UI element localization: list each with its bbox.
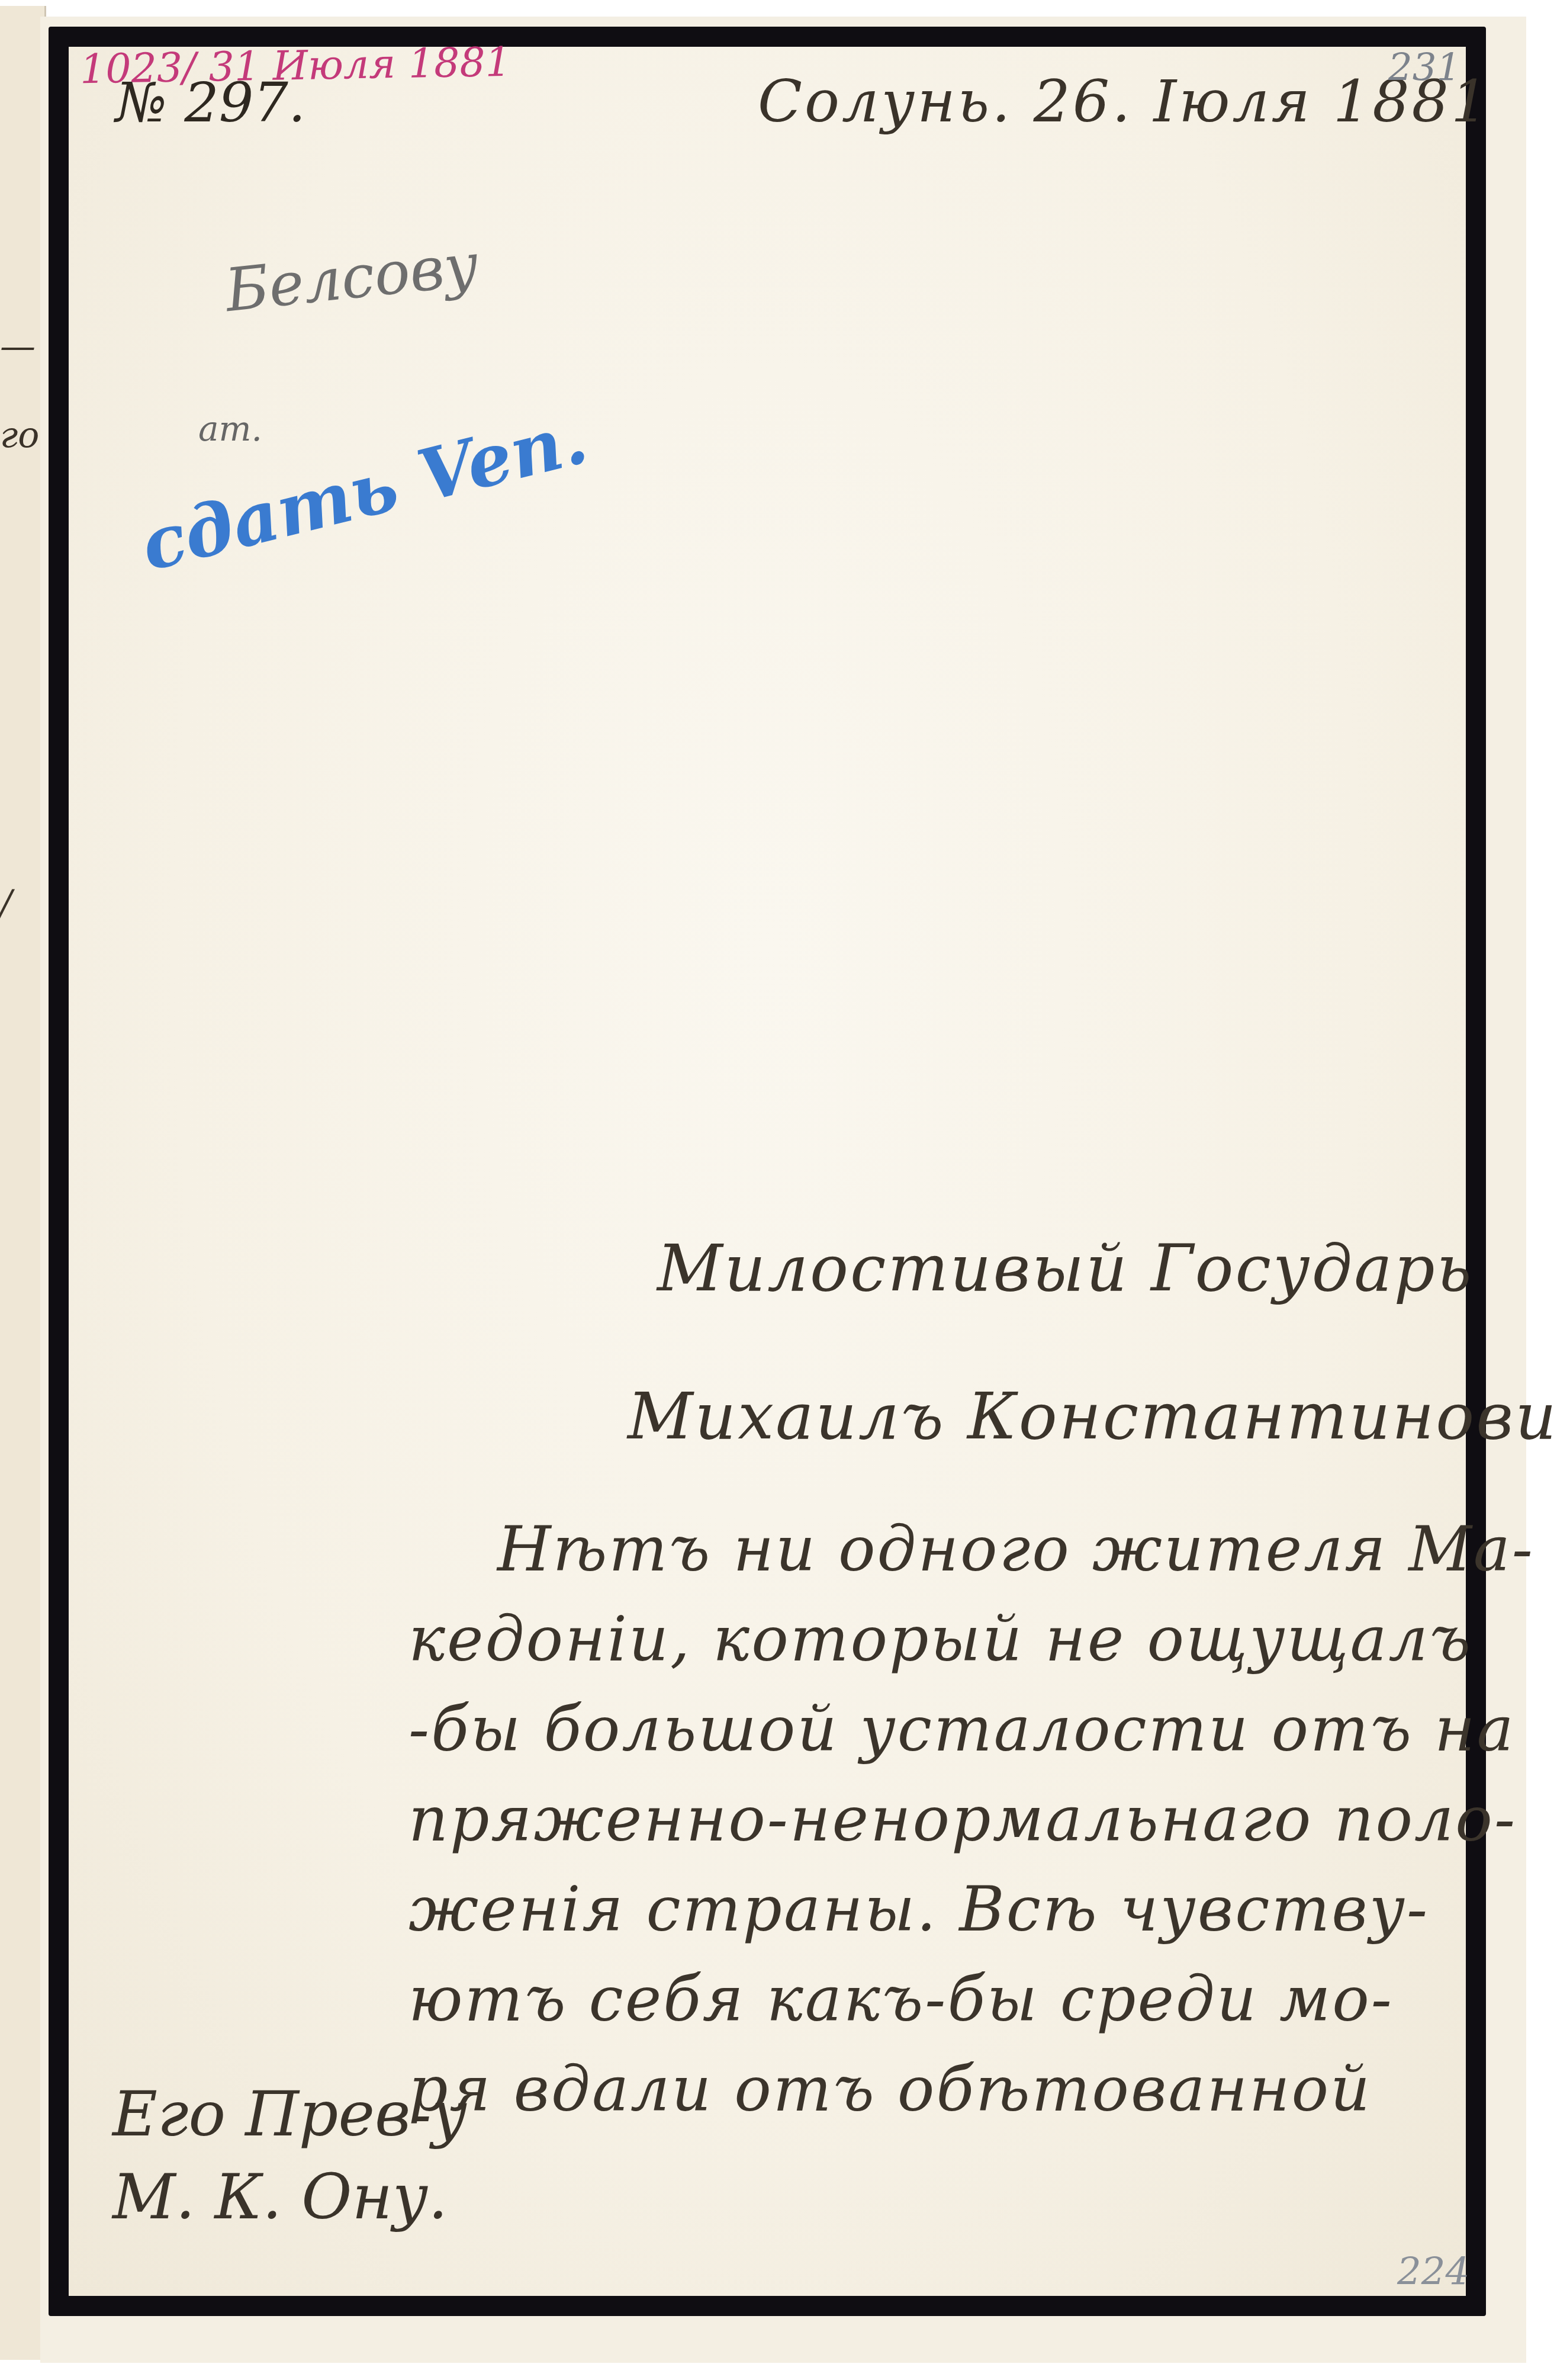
addressee-line-2: М. К. Ону.	[112, 2156, 467, 2238]
addressee-line-1: Его Прев-у	[112, 2073, 467, 2156]
body-line: кедоніи, который не ощущалъ	[408, 1594, 1510, 1684]
body-line: -бы большой усталости отъ на	[408, 1684, 1510, 1774]
body-line: пряженно-ненормальнаго поло-	[408, 1774, 1510, 1864]
margin-mark: /	[0, 882, 12, 924]
salutation-line-2: Михаилъ Константиновичъ,	[628, 1380, 1557, 1454]
salutation-line-1: Милостивый Государь	[657, 1232, 1474, 1306]
letter-body: Нѣтъ ни одного жителя Ма- кедоніи, котор…	[408, 1504, 1510, 2134]
margin-mark: —	[0, 326, 36, 367]
margin-mark: го	[0, 415, 39, 456]
body-line: ютъ себя какъ-бы среди мо-	[408, 1954, 1510, 2044]
body-line: Нѣтъ ни одного жителя Ма-	[408, 1504, 1510, 1594]
document-number: № 297.	[115, 71, 305, 134]
place-and-date: Солунь. 26. Іюля 1881	[758, 68, 1490, 136]
body-line: ря вдали отъ обѣтованной	[408, 2044, 1510, 2134]
adjacent-page-edge: — го /	[0, 6, 46, 2360]
folio-number-top: 231	[1388, 46, 1461, 90]
pencil-annotation-small: ат.	[198, 409, 262, 449]
addressee-block: Его Прев-у М. К. Ону.	[112, 2073, 467, 2238]
body-line: женія страны. Всѣ чувству-	[408, 1864, 1510, 1954]
folio-number-bottom: 224	[1397, 2250, 1469, 2294]
